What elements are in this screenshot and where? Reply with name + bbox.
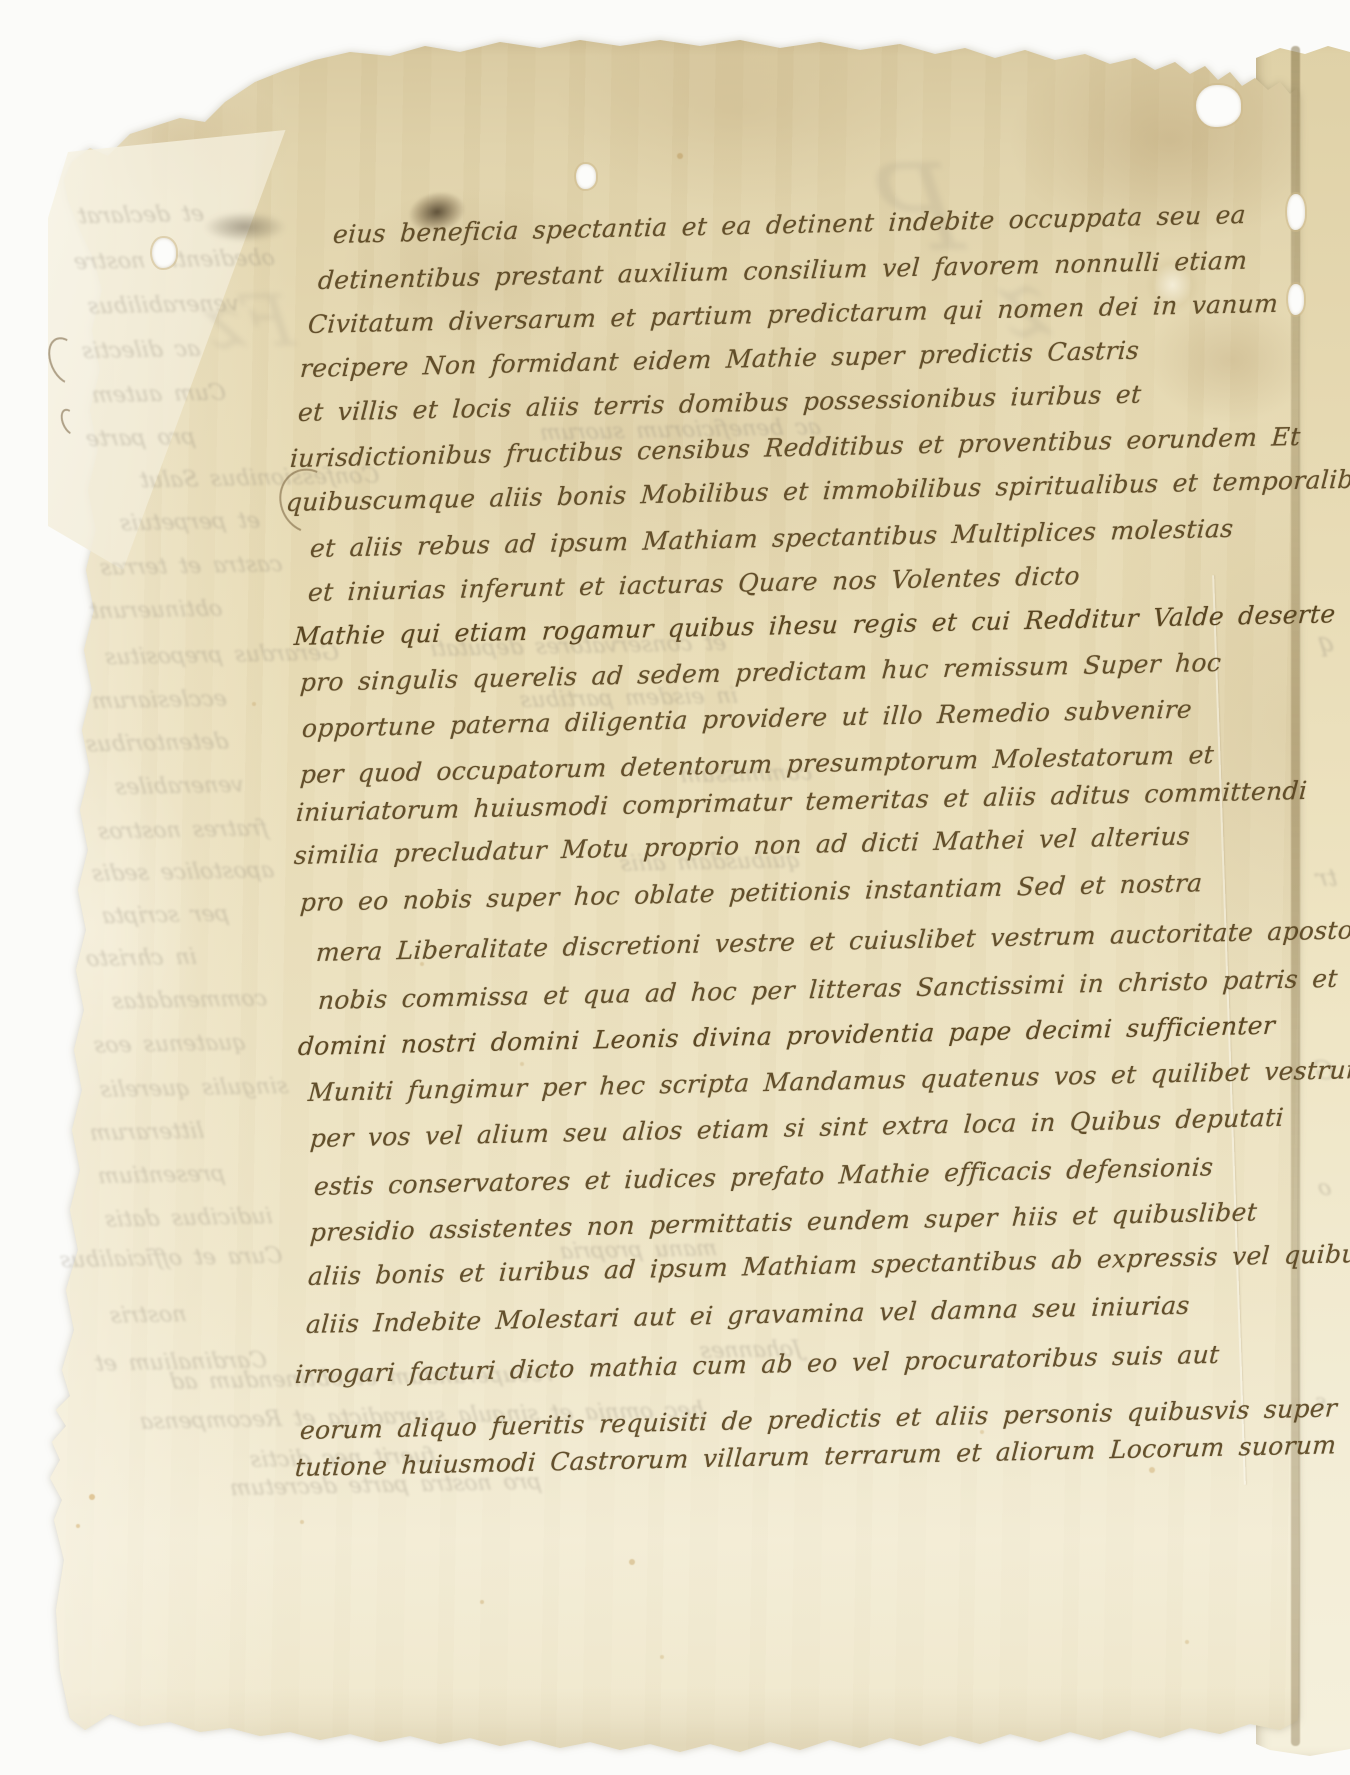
showthrough-line: venerabiles — [114, 775, 245, 800]
showthrough-line: obtinuerunt — [89, 599, 224, 624]
showthrough-line: q — [1316, 630, 1336, 656]
showthrough-line: in christo — [85, 947, 198, 971]
worm-hole — [152, 238, 176, 268]
showthrough-line: iudicibus datis — [104, 1206, 274, 1231]
worm-hole — [1288, 284, 1304, 315]
showthrough-line: quatenus eos — [93, 1032, 248, 1057]
showthrough-line: commendatas — [111, 988, 269, 1013]
showthrough-line: pro parte — [85, 427, 197, 451]
showthrough-line: et declarat — [77, 204, 206, 229]
showthrough-line: litterarum — [89, 1121, 206, 1145]
showthrough-line: ecclesiarum — [91, 689, 228, 714]
showthrough-line: detentoribus — [85, 732, 230, 757]
showthrough-line: Cum autem — [91, 383, 228, 408]
showthrough-line: tr — [1314, 866, 1338, 890]
showthrough-line: Fz — [200, 284, 297, 358]
showthrough-line: ac dilectis — [81, 339, 202, 363]
showthrough-line: singulis querelis — [99, 1076, 290, 1102]
foxing-spots — [0, 0, 4, 4]
showthrough-line: fratres nostros — [97, 818, 270, 844]
ink-smudge — [204, 212, 286, 242]
showthrough-line: apostolice sedis — [91, 860, 276, 886]
showthrough-line: et perpetuis — [119, 511, 262, 536]
worm-hole — [1287, 194, 1305, 230]
pen-trial-mark — [57, 406, 83, 438]
showthrough-line: castra et terras — [99, 554, 284, 580]
showthrough-line: nostris — [109, 1304, 188, 1328]
showthrough-line: per scripta — [101, 904, 231, 929]
showthrough-line: presentium — [97, 1164, 227, 1189]
scanned-manuscript: et declaratobedientia nostrevenerabilibu… — [0, 0, 1350, 1775]
showthrough-line: Cura et officialibus — [59, 1246, 284, 1273]
showthrough-line: o — [1317, 1178, 1333, 1200]
worm-hole — [1196, 85, 1241, 127]
worm-hole — [576, 164, 596, 189]
